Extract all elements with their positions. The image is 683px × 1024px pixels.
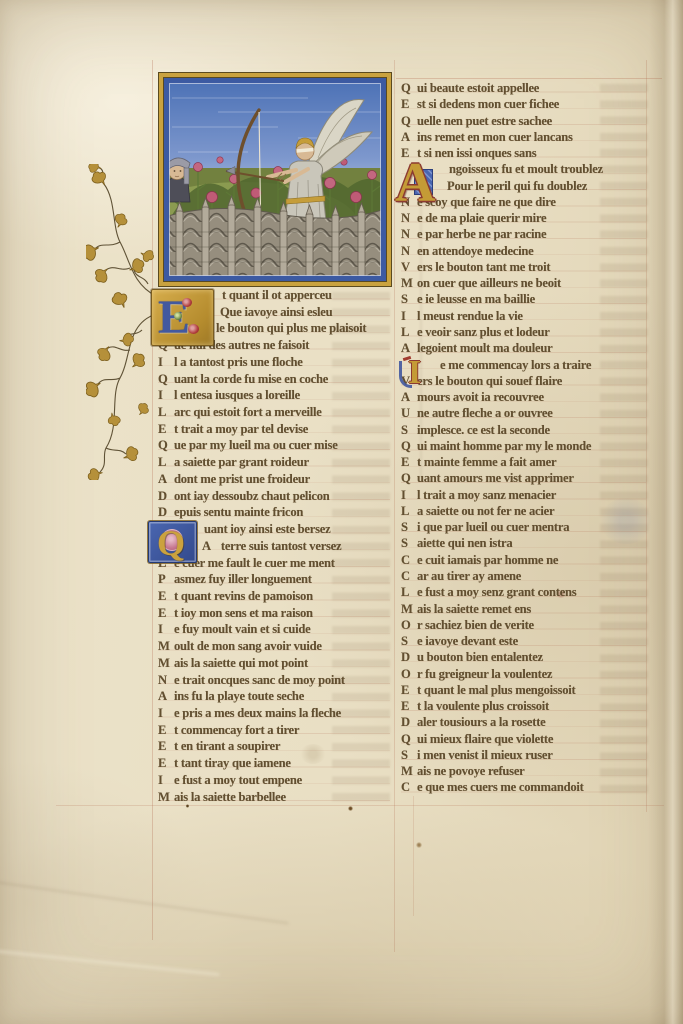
verse-line: La saiette ou not fer ne acier xyxy=(401,503,646,519)
line-capital: Q xyxy=(401,438,417,454)
line-text: st si dedens mon cuer fichee xyxy=(417,97,559,111)
verse-line: Alegoient moult ma douleur xyxy=(401,340,646,356)
line-capital: S xyxy=(401,291,417,307)
verse-line: La saiette par grant roideur xyxy=(158,454,390,471)
line-text: r sachiez bien de verite xyxy=(417,618,534,632)
line-capital: M xyxy=(401,601,417,617)
line-capital: E xyxy=(401,682,417,698)
line-capital: I xyxy=(158,354,174,371)
line-text: ue par my lueil ma ou cuer mise xyxy=(174,438,338,452)
verse-line: Une autre fleche a or ouvree xyxy=(401,405,646,421)
line-text: i men venist il mieux ruser xyxy=(417,748,553,762)
line-capital: I xyxy=(401,308,417,324)
verse-line: Que par my lueil ma ou cuer mise xyxy=(158,437,390,454)
line-capital: Q xyxy=(401,80,417,96)
line-capital: M xyxy=(158,638,174,655)
line-text: terre suis tantost versez xyxy=(218,539,341,553)
verse-line: Or sachiez bien de verite xyxy=(401,617,646,633)
line-capital: Q xyxy=(401,113,417,129)
line-capital: S xyxy=(401,422,417,438)
line-text: e fust a moy senz grant contens xyxy=(417,585,576,599)
verse-line: Larc qui estoit fort a merveille xyxy=(158,404,390,421)
line-capital: M xyxy=(158,655,174,672)
verse-line: Ce cuit iamais par homme ne xyxy=(401,552,646,568)
verse-line: Si que par lueil ou cuer mentra xyxy=(401,519,646,535)
miniature-painting xyxy=(158,72,392,287)
line-capital: L xyxy=(158,404,174,421)
line-capital: V xyxy=(401,259,417,275)
verse-line: Qui mieux flaire que violette xyxy=(401,731,646,747)
line-text: legoient moult ma douleur xyxy=(417,341,552,355)
line-capital: U xyxy=(401,405,417,421)
verse-line: Et trait a moy par tel devise xyxy=(158,421,390,438)
verse-line: Il a tantost pris une floche xyxy=(158,354,390,371)
verse-line: Pour le peril qui fu doublez xyxy=(447,178,646,194)
line-capital: A xyxy=(158,688,174,705)
verse-line: Le veoir sanz plus et lodeur xyxy=(401,324,646,340)
line-text: ui beaute estoit appellee xyxy=(417,81,539,95)
line-text: e veoir sanz plus et lodeur xyxy=(417,325,550,339)
verse-line: Ce que mes cuers me commandoit xyxy=(401,779,646,795)
verse-line: Ains fu la playe toute seche xyxy=(158,688,390,705)
line-text: ins fu la playe toute seche xyxy=(174,689,304,703)
verse-line: Se ie leusse en ma baillie xyxy=(401,291,646,307)
line-capital: L xyxy=(401,584,417,600)
line-capital: L xyxy=(158,454,174,471)
verse-line: Ie pris a mes deux mains la fleche xyxy=(158,705,390,722)
verse-line: Est si dedens mon cuer fichee xyxy=(401,96,646,112)
illuminated-initial-Q: Q xyxy=(148,521,197,563)
verse-line: Vers le bouton tant me troit xyxy=(401,259,646,275)
verse-line: Il trait a moy sanz menacier xyxy=(401,487,646,503)
line-text: ui maint homme par my le monde xyxy=(417,439,591,453)
line-capital: Q xyxy=(158,371,174,388)
verse-line: Quant amours me vist apprimer xyxy=(401,470,646,486)
line-capital: N xyxy=(401,243,417,259)
verse-line: Mon cuer que ailleurs ne beoit xyxy=(401,275,646,291)
verse-line: Il entesa iusques a loreille xyxy=(158,387,390,404)
foxing-spot xyxy=(416,842,422,848)
line-capital: A xyxy=(158,471,174,488)
line-text: on cuer que ailleurs ne beoit xyxy=(417,276,561,290)
line-capital: D xyxy=(158,504,174,521)
verse-line: t quant il ot apperceu xyxy=(222,287,390,304)
verse-line: Daler tousiours a la rosette xyxy=(401,714,646,730)
verse-line: Si men venist il mieux ruser xyxy=(401,747,646,763)
line-capital: I xyxy=(158,705,174,722)
line-text: oult de mon sang avoir vuide xyxy=(174,639,322,653)
line-text: en attendoye medecine xyxy=(417,244,533,258)
verse-line: Le fust a moy senz grant contens xyxy=(401,584,646,600)
verse-line: uant ioy ainsi este bersez xyxy=(204,521,390,538)
line-text: e par herbe ne par racine xyxy=(417,227,546,241)
line-text: ui mieux flaire que violette xyxy=(417,732,553,746)
parchment-crease xyxy=(0,878,289,925)
line-text: ont iay dessoubz chaut pelicon xyxy=(174,489,330,503)
line-capital: I xyxy=(158,621,174,638)
verse-line: Et mainte femme a fait amer xyxy=(401,454,646,470)
verse-line: Ne par herbe ne par racine xyxy=(401,226,646,242)
verse-line: Simplesce. ce est la seconde xyxy=(401,422,646,438)
line-text: l meust rendue la vie xyxy=(417,309,523,323)
vine-stem xyxy=(96,168,156,472)
verse-line: Mais la saiette remet ens xyxy=(401,601,646,617)
verse-line: Et quant revins de pamoison xyxy=(158,588,390,605)
blindfold xyxy=(297,150,314,152)
line-text: r fu greigneur la voulentez xyxy=(417,667,552,681)
line-text: e que mes cuers me commandoit xyxy=(417,780,584,794)
line-capital: M xyxy=(401,763,417,779)
verse-line: A terre suis tantost versez xyxy=(202,538,390,555)
line-text: uant la corde fu mise en coche xyxy=(174,372,328,386)
verse-line: Amours avoit ia recouvree xyxy=(401,389,646,405)
verse-line: Ie fuy moult vain et si cuide xyxy=(158,621,390,638)
line-text: epuis sentu mainte fricon xyxy=(174,505,303,519)
verse-line: Car au tirer ay amene xyxy=(401,568,646,584)
line-text: ins remet en mon cuer lancans xyxy=(417,130,573,144)
line-text: asmez fuy iller longuement xyxy=(174,572,312,586)
line-capital: E xyxy=(158,605,174,622)
line-text: a saiette par grant roideur xyxy=(174,455,309,469)
line-text: ne autre fleche a or ouvree xyxy=(417,406,553,420)
verse-line: Et commencay fort a tirer xyxy=(158,722,390,739)
vine-leaves xyxy=(86,164,155,480)
line-capital: I xyxy=(401,487,417,503)
line-capital: D xyxy=(158,488,174,505)
line-text: ar au tirer ay amene xyxy=(417,569,521,583)
line-capital: Q xyxy=(401,731,417,747)
verse-line: Qui maint homme par my le monde xyxy=(401,438,646,454)
line-text: l entesa iusques a loreille xyxy=(174,388,300,402)
line-capital: E xyxy=(401,698,417,714)
line-capital: E xyxy=(401,96,417,112)
line-text: dont me prist une froideur xyxy=(174,472,310,486)
verse-line: Depuis sentu mainte fricon xyxy=(158,504,390,521)
flower-ornament xyxy=(188,324,199,334)
line-capital: C xyxy=(401,779,417,795)
line-capital: O xyxy=(401,666,417,682)
line-text: a saiette ou not fer ne acier xyxy=(417,504,554,518)
flower-ornament xyxy=(182,298,192,307)
verse-line: Il meust rendue la vie xyxy=(401,308,646,324)
verse-line: le bouton qui plus me plaisoit xyxy=(216,320,390,337)
verse-line: Vers le bouton qui souef flaire xyxy=(401,373,646,389)
line-capital: M xyxy=(158,789,174,806)
initial-letter-I: I xyxy=(408,354,421,392)
illuminated-initial-E: E xyxy=(151,289,214,346)
line-capital: E xyxy=(158,755,174,772)
line-text: ais la saiette qui mot point xyxy=(174,656,308,670)
line-capital: Q xyxy=(158,437,174,454)
verse-line: Et ioy mon sens et ma raison xyxy=(158,605,390,622)
line-text: ais la saiette barbellee xyxy=(174,790,286,804)
verse-line: Quelle nen puet estre sachee xyxy=(401,113,646,129)
line-text: implesce. ce est la seconde xyxy=(417,423,550,437)
verse-line: Du bouton bien entalentez xyxy=(401,649,646,665)
verse-line: Ains remet en mon cuer lancans xyxy=(401,129,646,145)
verse-line: Ie fust a moy tout empene xyxy=(158,772,390,789)
line-capital: E xyxy=(401,454,417,470)
line-capital: C xyxy=(401,568,417,584)
line-text: e trait oncques sanc de moy point xyxy=(174,673,345,687)
initial-letter-Q: Q xyxy=(157,522,185,564)
line-text: t quant le mal plus mengoissoit xyxy=(417,683,575,697)
ruling-vertical-center2 xyxy=(413,796,414,916)
line-capital: L xyxy=(401,324,417,340)
line-text: ers le bouton qui souef flaire xyxy=(417,374,562,388)
ruling-horizontal-top xyxy=(396,78,662,79)
verse-line: Que iavoye ainsi esleu xyxy=(220,304,390,321)
line-capital: D xyxy=(401,714,417,730)
line-text: mours avoit ia recouvree xyxy=(417,390,544,404)
line-capital: A xyxy=(401,129,417,145)
line-capital: S xyxy=(401,747,417,763)
verse-line: Mais ne povoye refuser xyxy=(401,763,646,779)
line-text: e iavoye devant este xyxy=(417,634,518,648)
line-capital: E xyxy=(158,588,174,605)
manuscript-page: t quant il ot apperceuQue iavoye ainsi e… xyxy=(0,0,683,1024)
illuminated-initial-A: A xyxy=(395,156,449,218)
line-text: t en tirant a soupirer xyxy=(174,739,280,753)
verse-line: Et la voulente plus croissoit xyxy=(401,698,646,714)
line-capital: E xyxy=(158,421,174,438)
verse-line: ngoisseux fu et moult troublez xyxy=(449,161,646,177)
line-text: i que par lueil ou cuer mentra xyxy=(417,520,569,534)
line-capital: E xyxy=(158,738,174,755)
line-capital: A xyxy=(202,538,218,555)
line-text: t commencay fort a tirer xyxy=(174,723,299,737)
line-capital: I xyxy=(158,772,174,789)
line-capital: S xyxy=(401,519,417,535)
line-capital: E xyxy=(158,722,174,739)
verse-line: e me commencay lors a traire xyxy=(440,357,646,373)
line-text: l a tantost pris une floche xyxy=(174,355,303,369)
verse-line: Mais la saiette barbellee xyxy=(158,789,390,806)
line-capital: M xyxy=(401,275,417,291)
page-edge-crease xyxy=(649,0,683,1024)
line-text: uant amours me vist apprimer xyxy=(417,471,574,485)
line-text: uelle nen puet estre sachee xyxy=(417,114,552,128)
verse-line: Quant la corde fu mise en coche xyxy=(158,371,390,388)
verse-line: Or fu greigneur la voulentez xyxy=(401,666,646,682)
line-text: e cuit iamais par homme ne xyxy=(417,553,558,567)
verse-line: Nen attendoye medecine xyxy=(401,243,646,259)
ivy-vine-border xyxy=(86,164,160,480)
initial-letter-A: A xyxy=(395,152,435,214)
line-text: e ie leusse en ma baillie xyxy=(417,292,535,306)
line-capital: D xyxy=(401,649,417,665)
verse-line: Saiette qui nen istra xyxy=(401,535,646,551)
line-text: e fuy moult vain et si cuide xyxy=(174,622,310,636)
line-capital: S xyxy=(401,633,417,649)
verse-line: Se iavoye devant este xyxy=(401,633,646,649)
line-capital: N xyxy=(158,672,174,689)
line-text: u bouton bien entalentez xyxy=(417,650,543,664)
line-text: e cuer me fault le cuer me ment xyxy=(174,556,335,570)
verse-line: Dont iay dessoubz chaut pelicon xyxy=(158,488,390,505)
line-capital: C xyxy=(401,552,417,568)
line-capital: S xyxy=(401,535,417,551)
line-capital: L xyxy=(401,503,417,519)
line-capital: I xyxy=(158,387,174,404)
line-text: e fust a moy tout empene xyxy=(174,773,302,787)
line-text: t quant revins de pamoison xyxy=(174,589,313,603)
illuminated-initial-I: I xyxy=(399,357,432,392)
line-text: ers le bouton tant me troit xyxy=(417,260,550,274)
line-capital: P xyxy=(158,571,174,588)
foxing-spot xyxy=(348,806,353,811)
line-capital: N xyxy=(401,226,417,242)
line-text: t ioy mon sens et ma raison xyxy=(174,606,313,620)
line-capital: O xyxy=(401,617,417,633)
verse-line: Ne trait oncques sanc de moy point xyxy=(158,672,390,689)
verse-line: Pasmez fuy iller longuement xyxy=(158,571,390,588)
parchment-crease xyxy=(0,946,219,975)
line-text: e pris a mes deux mains la fleche xyxy=(174,706,341,720)
verse-line: Moult de mon sang avoir vuide xyxy=(158,638,390,655)
line-text: ais la saiette remet ens xyxy=(417,602,531,616)
line-text: t mainte femme a fait amer xyxy=(417,455,556,469)
verse-line: Et en tirant a soupirer xyxy=(158,738,390,755)
verse-line: Adont me prist une froideur xyxy=(158,471,390,488)
line-capital: Q xyxy=(401,470,417,486)
verse-line: Mais la saiette qui mot point xyxy=(158,655,390,672)
line-text: l trait a moy sanz menacier xyxy=(417,488,556,502)
line-text: t la voulente plus croissoit xyxy=(417,699,549,713)
line-text: aler tousiours a la rosette xyxy=(417,715,546,729)
verse-line: Et tant tiray que iamene xyxy=(158,755,390,772)
line-text: ais ne povoye refuser xyxy=(417,764,525,778)
line-text: t trait a moy par tel devise xyxy=(174,422,308,436)
line-text: arc qui estoit fort a merveille xyxy=(174,405,322,419)
verse-line: Qui beaute estoit appellee xyxy=(401,80,646,96)
line-text: t tant tiray que iamene xyxy=(174,756,291,770)
leaf-ornament xyxy=(174,312,182,320)
verse-line: Et quant le mal plus mengoissoit xyxy=(401,682,646,698)
line-text: aiette qui nen istra xyxy=(417,536,512,550)
